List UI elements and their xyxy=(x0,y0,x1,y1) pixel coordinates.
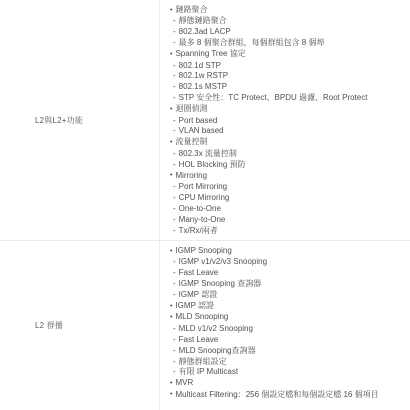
spec-list-item: -MLD Snooping查詢器 xyxy=(170,346,406,357)
spec-list-item: •鏈路聚合 xyxy=(170,5,406,16)
spec-item-text: 靜態鏈路聚合 xyxy=(179,16,227,25)
dash-marker: - xyxy=(173,61,176,72)
spec-item-text: 鏈路聚合 xyxy=(175,5,207,14)
dash-marker: - xyxy=(173,290,176,301)
dash-marker: - xyxy=(173,193,176,204)
spec-item-text: 802.1d STP xyxy=(179,61,221,70)
spec-row: L2與L2+功能•鏈路聚合-靜態鏈路聚合-802.3ad LACP-最多 8 個… xyxy=(0,0,410,240)
dash-marker: - xyxy=(173,204,176,215)
spec-item-text: IGMP v1/v2/v3 Snooping xyxy=(179,257,267,266)
spec-row-label-text: L2與L2+功能 xyxy=(35,115,83,126)
spec-item-text: 802.1w RSTP xyxy=(179,71,228,80)
dash-marker: - xyxy=(173,367,176,378)
dash-marker: - xyxy=(173,93,176,104)
dash-marker: - xyxy=(173,16,176,27)
bullet-marker: • xyxy=(170,302,172,313)
spec-list-item: •Spanning Tree 協定 xyxy=(170,49,406,60)
spec-item-text: Spanning Tree 協定 xyxy=(175,49,245,58)
bullet-marker: • xyxy=(170,6,172,17)
spec-item-text: 迴圈偵測 xyxy=(175,104,207,113)
spec-item-text: Multicast Filtering：256 個設定檔和每個設定檔 16 個項… xyxy=(175,390,378,399)
spec-list-item: -IGMP v1/v2/v3 Snooping xyxy=(170,257,406,268)
dash-marker: - xyxy=(173,346,176,357)
spec-list-item: -Fast Leave xyxy=(170,335,406,346)
spec-item-text: HOL Blocking 預防 xyxy=(179,160,246,169)
bullet-marker: • xyxy=(170,247,172,258)
dash-marker: - xyxy=(173,149,176,160)
spec-item-text: STP 安全性：TC Protect、BPDU 過濾、Root Protect xyxy=(179,93,368,102)
dash-marker: - xyxy=(173,335,176,346)
spec-item-text: Fast Leave xyxy=(179,268,219,277)
spec-list-item: -802.1w RSTP xyxy=(170,71,406,82)
dash-marker: - xyxy=(173,226,176,237)
spec-item-text: MLD Snooping xyxy=(175,312,228,321)
spec-item-text: Port based xyxy=(179,116,218,125)
bullet-marker: • xyxy=(170,171,172,182)
spec-item-text: MLD Snooping查詢器 xyxy=(179,346,256,355)
dash-marker: - xyxy=(173,215,176,226)
spec-table: L2與L2+功能•鏈路聚合-靜態鏈路聚合-802.3ad LACP-最多 8 個… xyxy=(0,0,410,410)
dash-marker: - xyxy=(173,71,176,82)
spec-item-text: 最多 8 個聚合群組，每個群組包含 8 個埠 xyxy=(179,38,325,47)
dash-marker: - xyxy=(173,268,176,279)
spec-list-item: •流量控制 xyxy=(170,137,406,148)
spec-list-item: •Multicast Filtering：256 個設定檔和每個設定檔 16 個… xyxy=(170,390,406,401)
bullet-marker: • xyxy=(170,50,172,61)
spec-list-item: -Port Mirroring xyxy=(170,182,406,193)
dash-marker: - xyxy=(173,38,176,49)
dash-marker: - xyxy=(173,182,176,193)
spec-item-text: 802.3x 流量控制 xyxy=(179,149,237,158)
spec-item-text: 靜態群組設定 xyxy=(179,357,227,366)
dash-marker: - xyxy=(173,160,176,171)
spec-list-item: -CPU Mirroring xyxy=(170,193,406,204)
dash-marker: - xyxy=(173,324,176,335)
spec-item-text: MLD v1/v2 Snooping xyxy=(179,324,253,333)
spec-item-text: IGMP Snooping 查詢器 xyxy=(179,279,262,288)
dash-marker: - xyxy=(173,357,176,368)
spec-list-item: -802.3x 流量控制 xyxy=(170,149,406,160)
spec-list-item: -Many-to-One xyxy=(170,215,406,226)
spec-list-item: -Tx/Rx/兩者 xyxy=(170,226,406,237)
spec-list-item: -STP 安全性：TC Protect、BPDU 過濾、Root Protect xyxy=(170,93,406,104)
spec-item-text: IGMP 認證 xyxy=(175,301,214,310)
spec-list-item: -靜態群組設定 xyxy=(170,357,406,368)
bullet-marker: • xyxy=(170,390,172,401)
spec-item-text: CPU Mirroring xyxy=(179,193,230,202)
spec-item-text: 802.1s MSTP xyxy=(179,82,227,91)
spec-item-text: VLAN based xyxy=(179,126,224,135)
spec-list-item: -IGMP Snooping 查詢器 xyxy=(170,279,406,290)
spec-item-text: 802.3ad LACP xyxy=(179,27,231,36)
spec-list-item: -靜態鏈路聚合 xyxy=(170,16,406,27)
spec-list-item: -Fast Leave xyxy=(170,268,406,279)
spec-item-text: 流量控制 xyxy=(175,137,207,146)
bullet-marker: • xyxy=(170,313,172,324)
spec-list-item: •IGMP Snooping xyxy=(170,246,406,257)
spec-item-text: IGMP 認證 xyxy=(179,290,218,299)
spec-item-text: Mirroring xyxy=(175,171,207,180)
spec-list-item: •迴圈偵測 xyxy=(170,104,406,115)
spec-row-label-text: L2 群播 xyxy=(35,320,63,331)
spec-list-item: -One-to-One xyxy=(170,204,406,215)
spec-row-label: L2與L2+功能 xyxy=(0,0,159,240)
dash-marker: - xyxy=(173,82,176,93)
spec-item-text: Tx/Rx/兩者 xyxy=(179,226,218,235)
spec-list-item: -有限 IP Multicast xyxy=(170,367,406,378)
spec-item-text: 有限 IP Multicast xyxy=(179,367,238,376)
spec-item-text: One-to-One xyxy=(179,204,221,213)
spec-item-text: Port Mirroring xyxy=(179,182,227,191)
bullet-marker: • xyxy=(170,379,172,390)
spec-list-item: •MVR xyxy=(170,378,406,389)
spec-list-item: -802.1d STP xyxy=(170,61,406,72)
dash-marker: - xyxy=(173,126,176,137)
spec-row-content: •IGMP Snooping-IGMP v1/v2/v3 Snooping-Fa… xyxy=(159,241,410,410)
bullet-marker: • xyxy=(170,138,172,149)
spec-item-text: Fast Leave xyxy=(179,335,219,344)
spec-row: L2 群播•IGMP Snooping-IGMP v1/v2/v3 Snoopi… xyxy=(0,240,410,410)
spec-item-text: MVR xyxy=(175,378,193,387)
spec-row-content: •鏈路聚合-靜態鏈路聚合-802.3ad LACP-最多 8 個聚合群組，每個群… xyxy=(159,0,410,240)
spec-list-item: -IGMP 認證 xyxy=(170,290,406,301)
bullet-marker: • xyxy=(170,105,172,116)
spec-item-text: Many-to-One xyxy=(179,215,226,224)
spec-list-item: •IGMP 認證 xyxy=(170,301,406,312)
dash-marker: - xyxy=(173,257,176,268)
dash-marker: - xyxy=(173,279,176,290)
spec-list-item: -MLD v1/v2 Snooping xyxy=(170,324,406,335)
dash-marker: - xyxy=(173,27,176,38)
dash-marker: - xyxy=(173,116,176,127)
spec-list-item: -VLAN based xyxy=(170,126,406,137)
spec-list-item: •Mirroring xyxy=(170,171,406,182)
spec-list-item: -Port based xyxy=(170,116,406,127)
spec-list-item: -802.3ad LACP xyxy=(170,27,406,38)
spec-item-text: IGMP Snooping xyxy=(175,246,231,255)
spec-list-item: -HOL Blocking 預防 xyxy=(170,160,406,171)
spec-row-label: L2 群播 xyxy=(0,241,159,410)
spec-list-item: -802.1s MSTP xyxy=(170,82,406,93)
spec-list-item: -最多 8 個聚合群組，每個群組包含 8 個埠 xyxy=(170,38,406,49)
spec-list-item: •MLD Snooping xyxy=(170,312,406,323)
